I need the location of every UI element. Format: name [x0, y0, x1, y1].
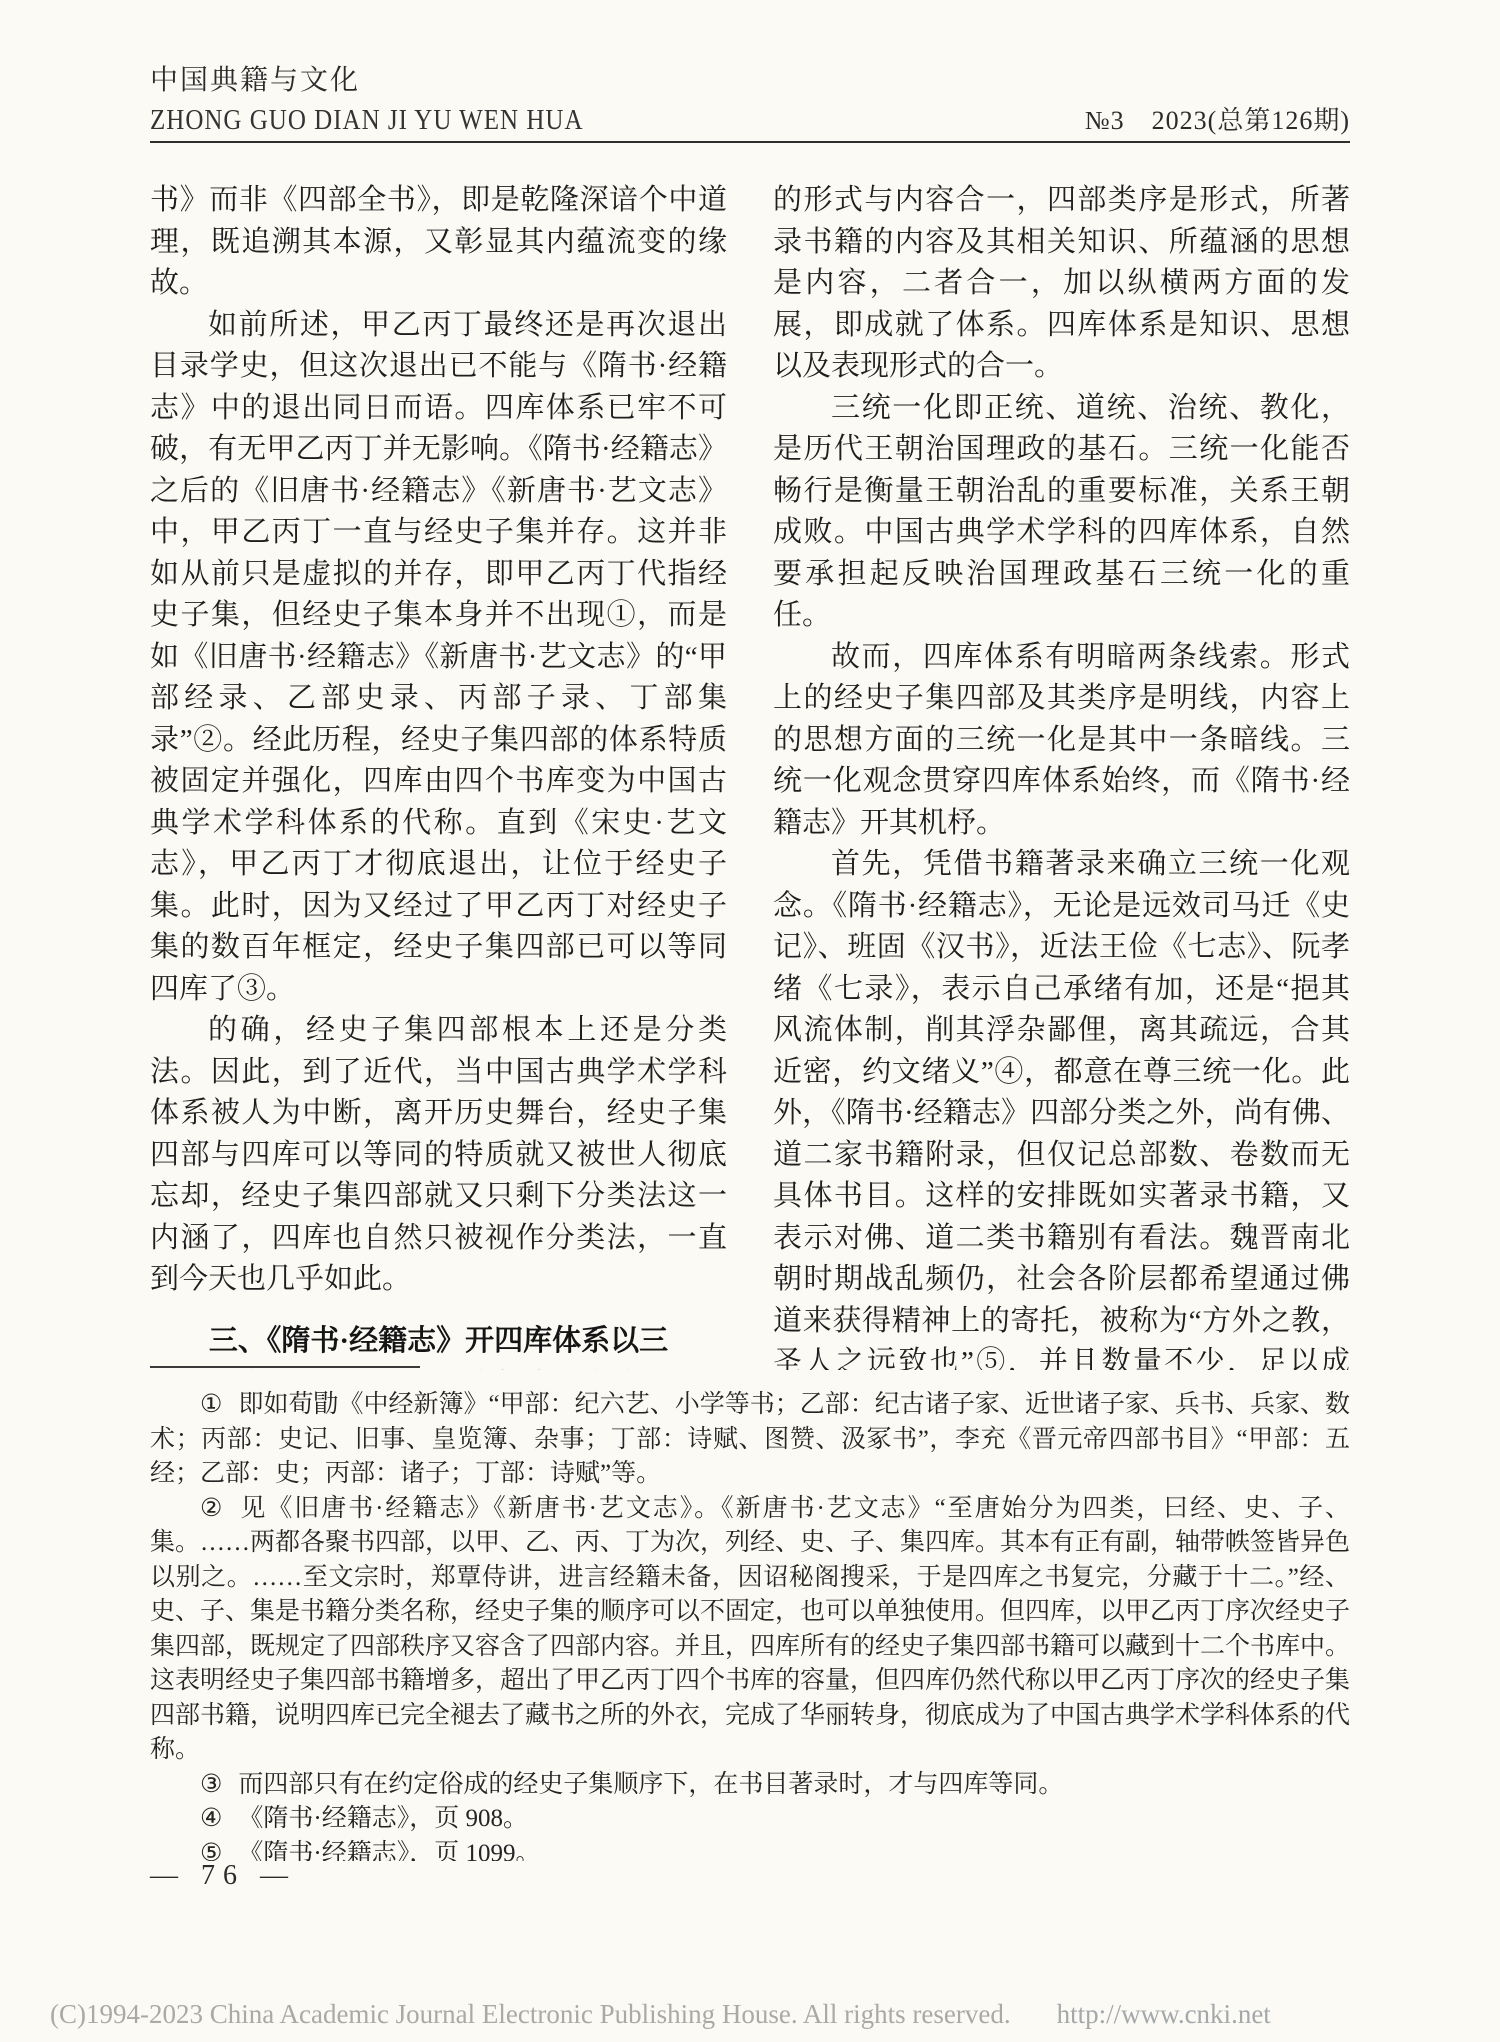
- footnote-3: ③而四部只有在约定俗成的经史子集顺序下，在书目著录时，才与四库等同。: [150, 1768, 1350, 1803]
- footnote-text: 《隋书·经籍志》，页 908。: [238, 1805, 528, 1832]
- footnote-text: 《隋书·经籍志》，页 1099。: [238, 1840, 540, 1862]
- footnote-text: 而四部只有在约定俗成的经史子集顺序下，在书目著录时，才与四库等同。: [238, 1771, 1063, 1798]
- footnote-separator: [150, 1366, 420, 1368]
- section-heading: 三、《隋书·经籍志》开四库体系以三 统一化为绳尺、经为根本史为肱 股子为旁参集为…: [150, 1319, 727, 1371]
- footnote-marker: ①: [200, 1391, 222, 1418]
- copyright-notice: (C)1994-2023 China Academic Journal Elec…: [50, 1999, 1011, 2030]
- paragraph: 首先，凭借书籍著录来确立三统一化观念。《隋书·经籍志》，无论是远效司马迁《史记》…: [773, 844, 1350, 1370]
- paragraph: 的形式与内容合一，四部类序是形式，所著录书籍的内容及其相关知识、所蕴涵的思想是内…: [773, 180, 1350, 388]
- header-rule-row: ZHONG GUO DIAN JI YU WEN HUA №3 2023(总第1…: [150, 100, 1350, 143]
- cnki-footer: (C)1994-2023 China Academic Journal Elec…: [50, 1999, 1450, 2030]
- paragraph: 如前所述，甲乙丙丁最终还是再次退出目录学史，但这次退出已不能与《隋书·经籍志》中…: [150, 305, 727, 1011]
- cnki-url-link[interactable]: http://www.cnki.net: [1057, 1999, 1271, 2030]
- page-number: — 76 —: [150, 1860, 296, 1892]
- footnote-4: ④《隋书·经籍志》，页 908。: [150, 1802, 1350, 1837]
- paragraph: 故而，四库体系有明暗两条线索。形式上的经史子集四部及其类序是明线，内容上的思想方…: [773, 637, 1350, 845]
- footnote-text: 见《旧唐书·经籍志》《新唐书·艺文志》。《新唐书·艺文志》“至唐始分为四类，曰经…: [150, 1495, 1350, 1764]
- footnote-2: ②见《旧唐书·经籍志》《新唐书·艺文志》。《新唐书·艺文志》“至唐始分为四类，曰…: [150, 1492, 1350, 1768]
- journal-title-chinese: 中国典籍与文化: [150, 58, 1350, 98]
- paragraph: 三统一化即正统、道统、治统、教化，是历代王朝治国理政的基石。三统一化能否畅行是衡…: [773, 388, 1350, 637]
- paragraph: 的确，经史子集四部根本上还是分类法。因此，到了近代，当中国古典学术学科体系被人为…: [150, 1010, 727, 1301]
- footnote-text: 即如荀勖《中经新簿》“甲部：纪六艺、小学等书；乙部：纪古诸子家、近世诸子家、兵书…: [150, 1391, 1350, 1487]
- footnote-5: ⑤《隋书·经籍志》，页 1099。: [150, 1837, 1350, 1862]
- footnote-marker: ③: [200, 1771, 222, 1798]
- journal-page-scan: 中国典籍与文化 ZHONG GUO DIAN JI YU WEN HUA №3 …: [0, 0, 1500, 2042]
- section-heading-line: 三、《隋书·经籍志》开四库体系以三: [150, 1319, 727, 1364]
- issue-number: №3 2023(总第126期): [1085, 100, 1350, 137]
- footnote-marker: ④: [200, 1805, 222, 1832]
- footnotes-section: ①即如荀勖《中经新簿》“甲部：纪六艺、小学等书；乙部：纪古诸子家、近世诸子家、兵…: [150, 1366, 1350, 1861]
- page-header: 中国典籍与文化 ZHONG GUO DIAN JI YU WEN HUA №3 …: [150, 58, 1350, 143]
- footnote-marker: ⑤: [200, 1840, 222, 1862]
- journal-title-pinyin: ZHONG GUO DIAN JI YU WEN HUA: [150, 105, 584, 137]
- paragraph: 书》而非《四部全书》，即是乾隆深谙个中道理，既追溯其本源，又彰显其内蕴流变的缘故…: [150, 180, 727, 305]
- article-body: 书》而非《四部全书》，即是乾隆深谙个中道理，既追溯其本源，又彰显其内蕴流变的缘故…: [150, 180, 1350, 1370]
- footnote-marker: ②: [200, 1495, 224, 1522]
- right-column: 的形式与内容合一，四部类序是形式，所著录书籍的内容及其相关知识、所蕴涵的思想是内…: [773, 180, 1350, 1370]
- left-column: 书》而非《四部全书》，即是乾隆深谙个中道理，既追溯其本源，又彰显其内蕴流变的缘故…: [150, 180, 727, 1370]
- footnote-1: ①即如荀勖《中经新簿》“甲部：纪六艺、小学等书；乙部：纪古诸子家、近世诸子家、兵…: [150, 1388, 1350, 1492]
